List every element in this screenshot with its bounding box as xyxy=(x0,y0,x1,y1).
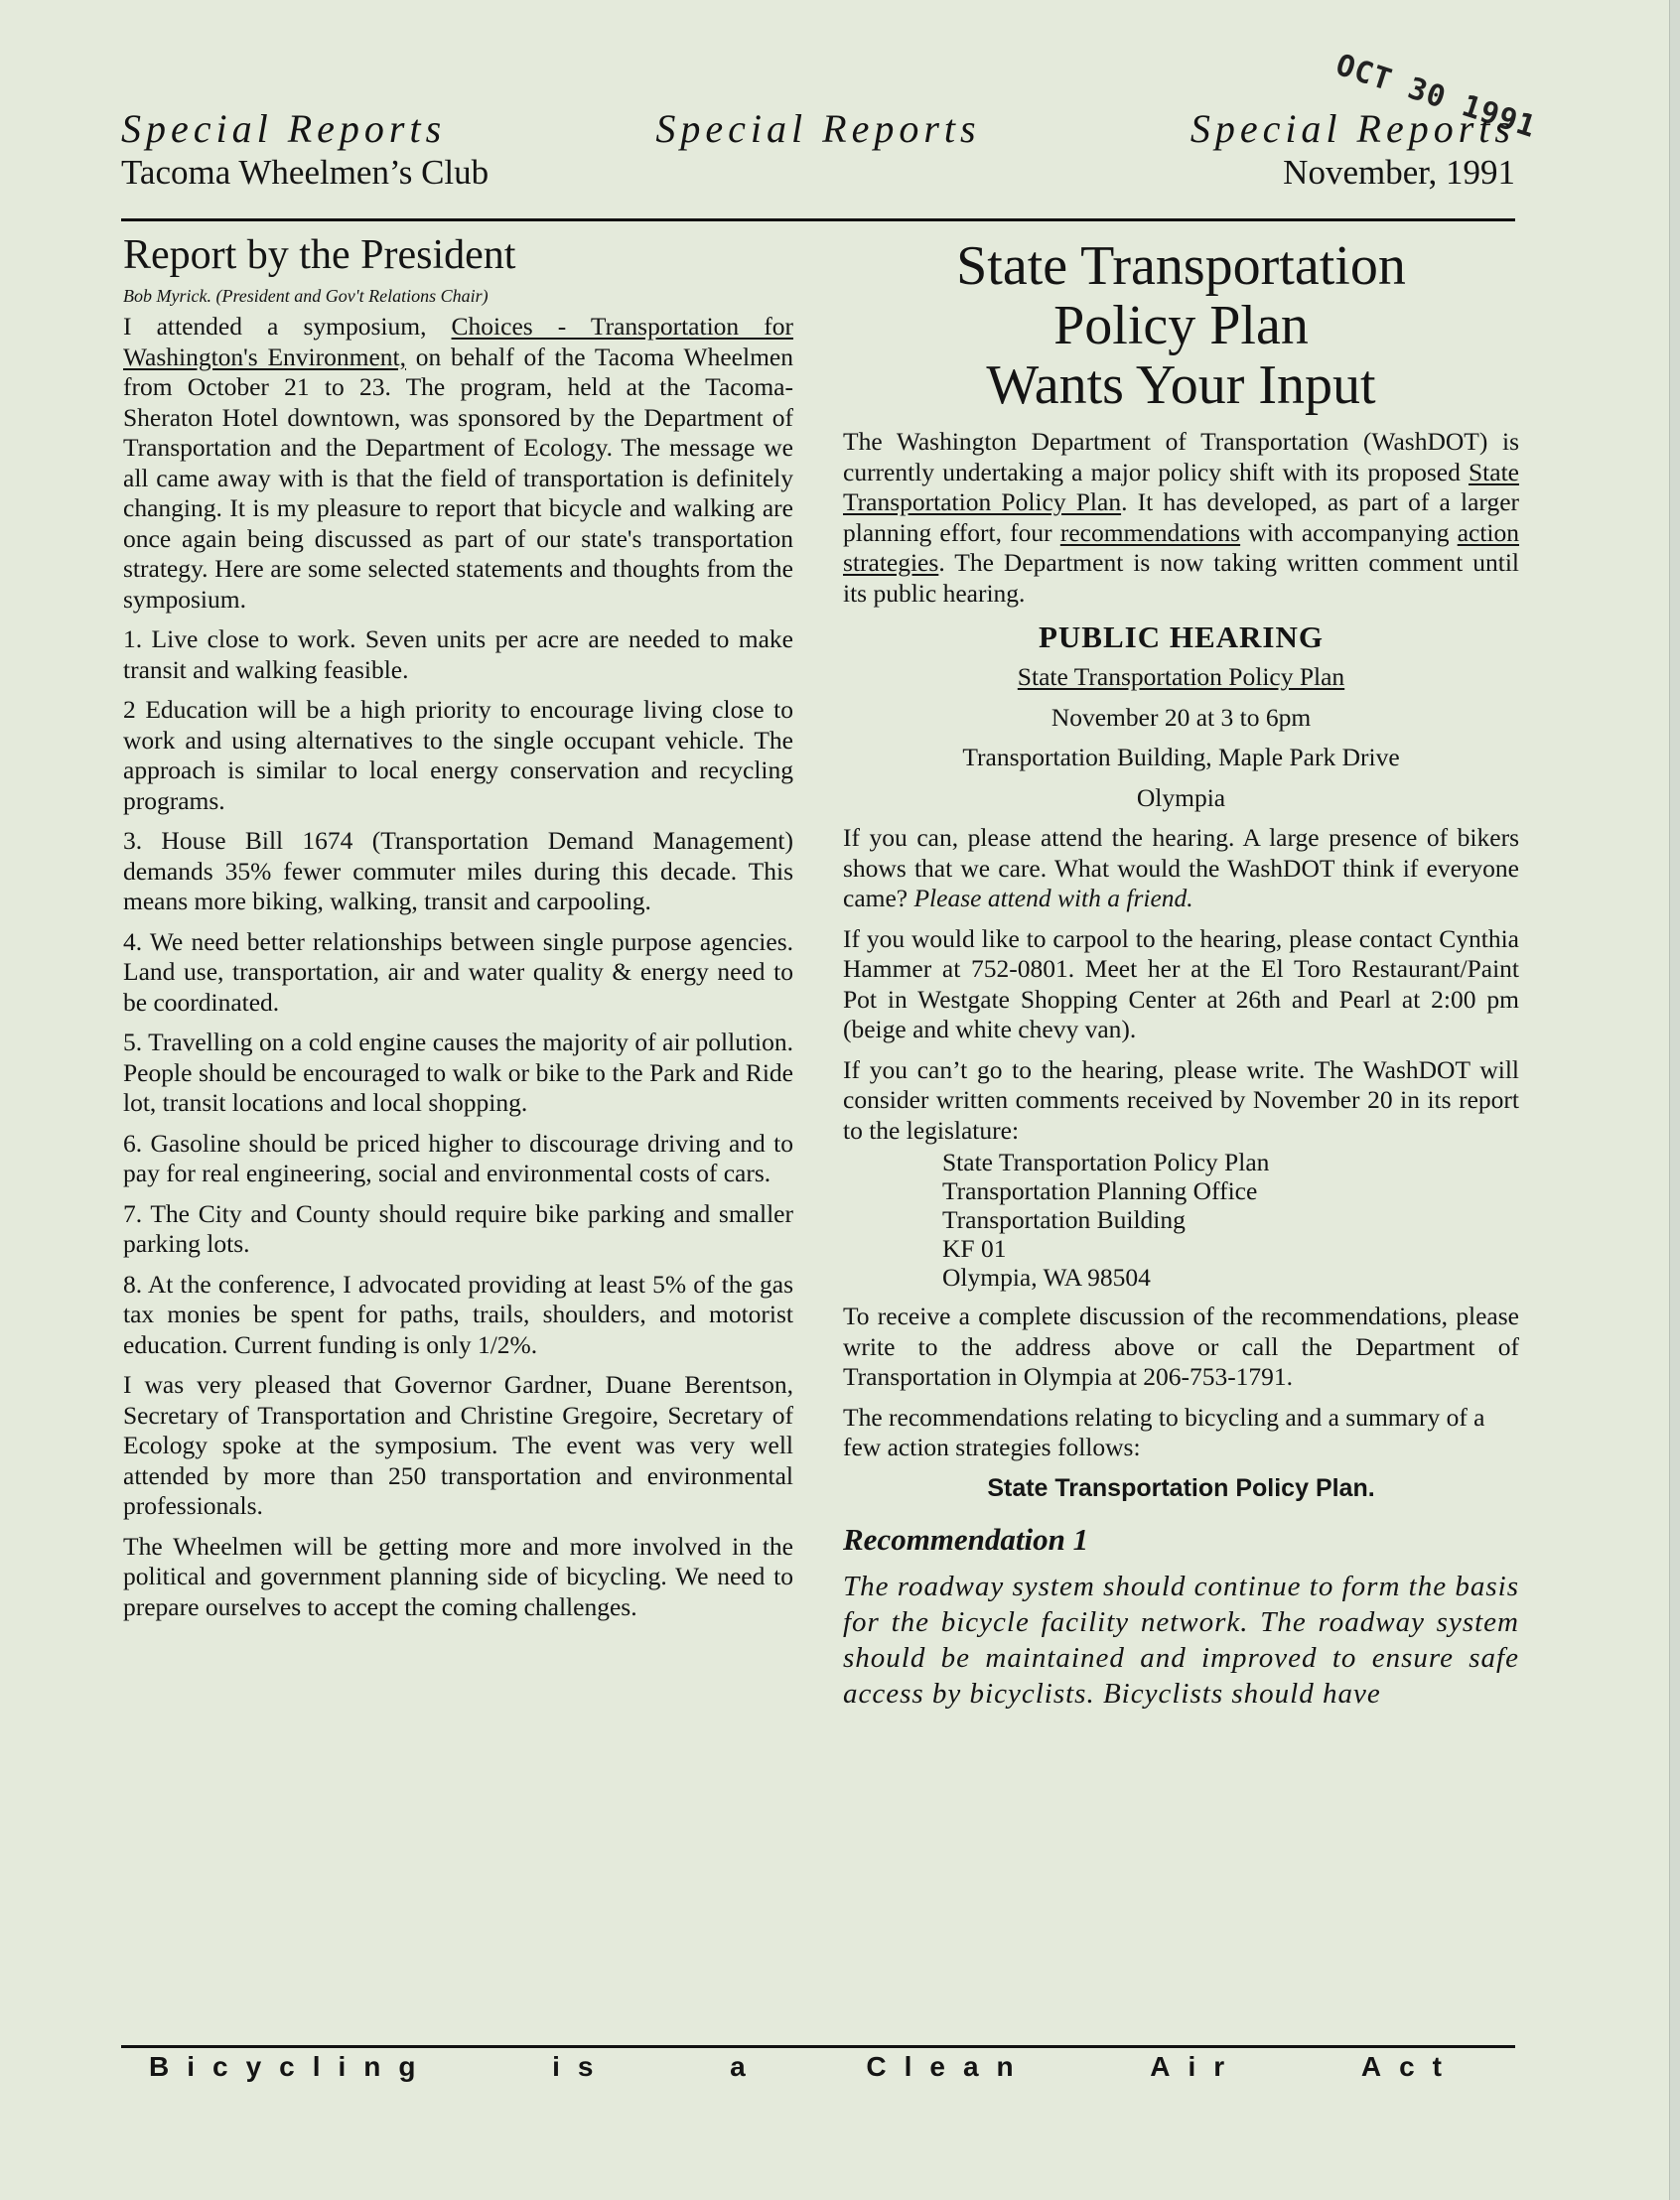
motto-word: is xyxy=(552,2051,611,2083)
point-item: 3. House Bill 1674 (Transportation Deman… xyxy=(123,826,793,917)
recommendation-title: Recommendation 1 xyxy=(843,1521,1519,1559)
mailing-address: State Transportation Policy Plan Transpo… xyxy=(942,1148,1519,1292)
report-title: Report by the President xyxy=(123,230,793,280)
intro-text: I attended a symposium, xyxy=(123,312,452,341)
write-paragraph: If you can’t go to the hearing, please w… xyxy=(843,1055,1519,1147)
policy-plan-column: State Transportation Policy Plan Wants Y… xyxy=(843,230,1519,1712)
point-item: 2 Education will be a high priority to e… xyxy=(123,695,793,816)
intro-text: on behalf of the Tacoma Wheelmen from Oc… xyxy=(123,343,793,614)
motto-word: Act xyxy=(1361,2051,1460,2083)
address-line: KF 01 xyxy=(942,1234,1519,1263)
closing-paragraph: The Wheelmen will be getting more and mo… xyxy=(123,1532,793,1623)
point-item: 6. Gasoline should be priced higher to d… xyxy=(123,1129,793,1189)
president-report-column: Report by the President Bob Myrick. (Pre… xyxy=(123,230,793,1632)
footer-divider xyxy=(121,2045,1515,2048)
footer-motto: Bicycling is a Clean Air Act xyxy=(149,2051,1460,2083)
hearing-plan-name-text: State Transportation Policy Plan xyxy=(1018,662,1344,691)
motto-word: Bicycling xyxy=(149,2051,433,2083)
address-line: Transportation Building xyxy=(942,1205,1519,1234)
plan-heading: State Transportation Policy Plan. xyxy=(843,1473,1519,1504)
carpool-paragraph: If you would like to carpool to the hear… xyxy=(843,924,1519,1045)
point-item: 4. We need better relationships between … xyxy=(123,927,793,1019)
banner-text: Special Reports xyxy=(121,107,446,151)
special-reports-banner: Special Reports Special Reports Special … xyxy=(121,107,1515,151)
intro-paragraph: I attended a symposium, Choices - Transp… xyxy=(123,312,793,615)
recommendations-underlined: recommendations xyxy=(1060,518,1240,547)
scan-page-edge xyxy=(1669,0,1680,2200)
address-line: Transportation Planning Office xyxy=(942,1176,1519,1205)
hearing-city: Olympia xyxy=(843,783,1519,814)
attend-italic-note: Please attend with a friend. xyxy=(913,884,1192,912)
hearing-plan-name: State Transportation Policy Plan xyxy=(843,662,1519,693)
headline-line: Policy Plan xyxy=(1053,295,1309,356)
intro-text: with accompanying xyxy=(1240,518,1458,547)
recommendation-body: The roadway system should continue to fo… xyxy=(843,1569,1519,1712)
intro-text: The Washington Department of Transportat… xyxy=(843,427,1519,486)
headline-line: Wants Your Input xyxy=(986,354,1375,416)
byline: Bob Myrick. (President and Gov't Relatio… xyxy=(123,284,793,308)
policy-intro-paragraph: The Washington Department of Transportat… xyxy=(843,427,1519,609)
closing-paragraph: I was very pleased that Governor Gardner… xyxy=(123,1370,793,1522)
hearing-where: Transportation Building, Maple Park Driv… xyxy=(843,743,1519,773)
headline-line: State Transportation xyxy=(956,235,1406,297)
point-item: 8. At the conference, I advocated provid… xyxy=(123,1270,793,1361)
public-hearing-heading: PUBLIC HEARING xyxy=(843,619,1519,656)
attend-paragraph: If you can, please attend the hearing. A… xyxy=(843,823,1519,914)
article-headline: State Transportation Policy Plan Wants Y… xyxy=(843,236,1519,415)
address-line: Olympia, WA 98504 xyxy=(942,1263,1519,1292)
motto-word: a xyxy=(730,2051,748,2083)
motto-word: Clean xyxy=(866,2051,1031,2083)
club-name: Tacoma Wheelmen’s Club xyxy=(121,153,489,193)
summary-paragraph: The recommendations relating to bicyclin… xyxy=(843,1403,1519,1463)
masthead: Special Reports Special Reports Special … xyxy=(121,107,1515,193)
banner-text: Special Reports xyxy=(1190,107,1515,151)
point-item: 7. The City and County should require bi… xyxy=(123,1199,793,1260)
intro-text: . The Department is now taking written c… xyxy=(843,548,1519,608)
address-line: State Transportation Policy Plan xyxy=(942,1148,1519,1176)
header-divider xyxy=(121,218,1515,221)
point-item: 1. Live close to work. Seven units per a… xyxy=(123,624,793,685)
point-item: 5. Travelling on a cold engine causes th… xyxy=(123,1028,793,1119)
banner-text: Special Reports xyxy=(655,107,980,151)
discussion-paragraph: To receive a complete discussion of the … xyxy=(843,1302,1519,1393)
club-date-row: Tacoma Wheelmen’s Club November, 1991 xyxy=(121,153,1515,193)
motto-word: Air xyxy=(1150,2051,1242,2083)
hearing-when: November 20 at 3 to 6pm xyxy=(843,703,1519,734)
issue-date: November, 1991 xyxy=(1283,153,1515,193)
